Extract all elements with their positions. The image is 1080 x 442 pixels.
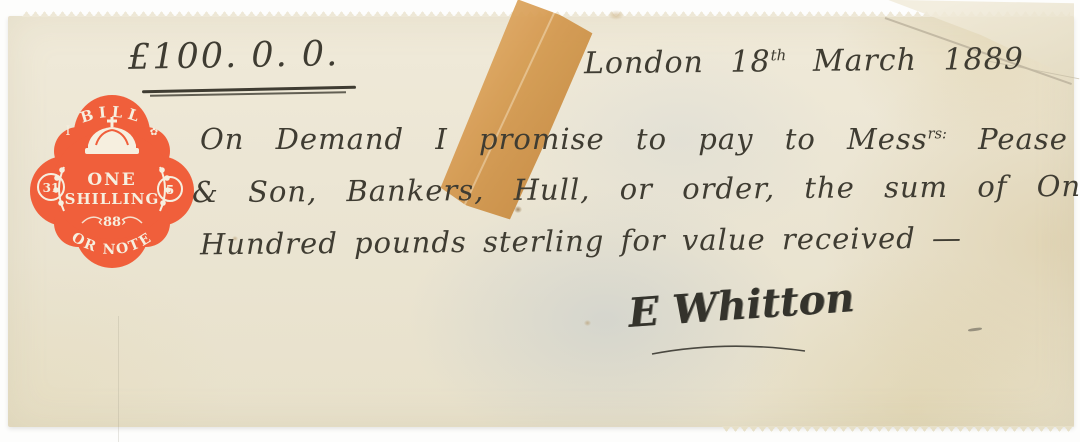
body-line-3: Hundred pounds sterling for value receiv… [200,221,962,262]
day-text: 18 [730,44,771,79]
messrs-superscript: rs: [928,126,947,142]
place-text: London [584,45,704,81]
revenue-stamp: BILL I ✿ 31 5 ONE SHILLING [28,93,196,269]
day-suffix: th [770,46,786,64]
fold-crease [118,316,119,442]
body-line-1-text: On Demand I promise to pay to Mess [200,122,928,156]
place-date-line: London 18th March 1889 [584,42,1024,82]
stamp-right-number: 5 [166,183,174,197]
stamp-year: ‹88› [98,215,127,230]
body-line-1: On Demand I promise to pay to Messrs: Pe… [200,122,1068,156]
stamp-left-mark: I [65,124,70,139]
perforated-bottom-edge [722,426,1074,432]
signature-flourish [650,344,810,360]
scanned-promissory-note: BILL I ✿ 31 5 ONE SHILLING [0,0,1080,442]
stamp-value-line2: SHILLING [65,190,160,208]
stamp-left-number: 31 [43,181,60,195]
month-year-text: March 1889 [813,42,1024,79]
fox-spot [584,320,591,326]
body-line-2: & Son, Bankers, Hull, or order, the sum … [192,169,1080,209]
payee-name: Pease [978,122,1068,156]
flower-icon: ✿ [150,127,158,138]
amount-figure: £100. 0. 0. [128,34,340,78]
fox-spot [608,10,624,20]
stamp-value-line1: ONE [87,170,136,190]
